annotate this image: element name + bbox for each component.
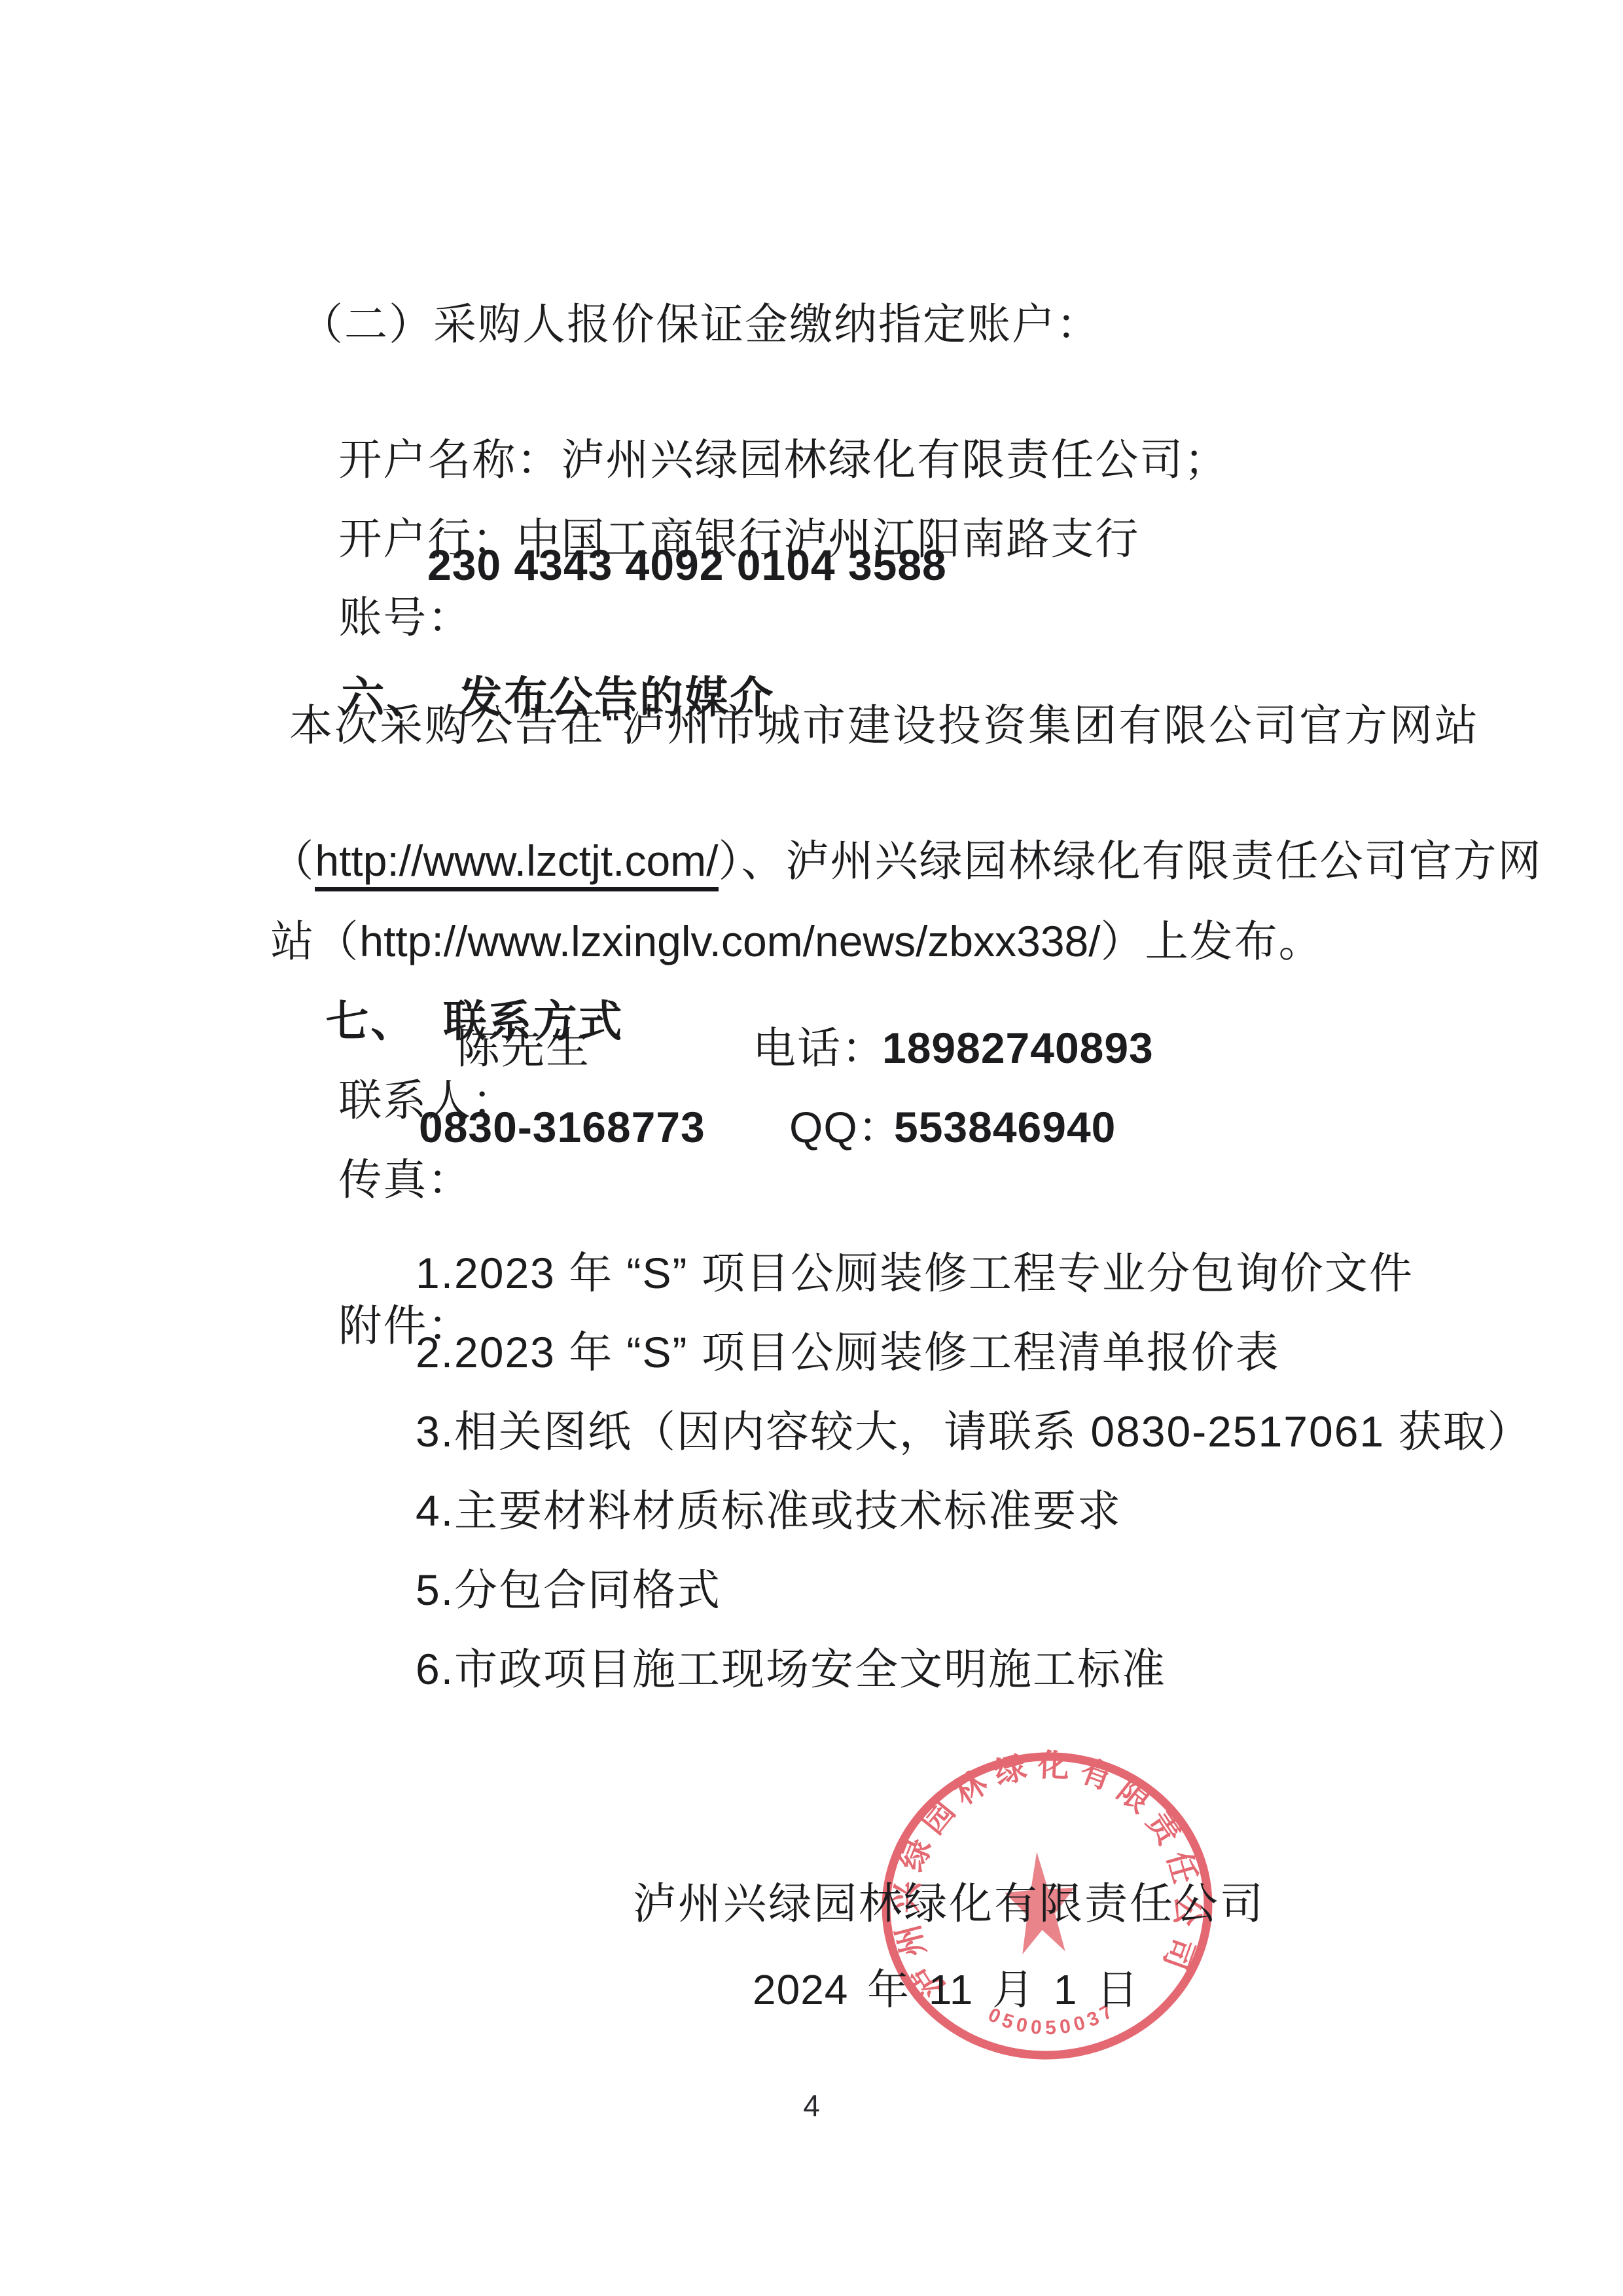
subsection-heading: （二）采购人报价保证金缴纳指定账户： — [300, 298, 1101, 350]
line3-suffix: ）上发布。 — [1101, 917, 1323, 965]
media-paragraph-line1: 本次采购公告在“泸州市城市建设投资集团有限公司官方网站 — [289, 699, 1480, 751]
attachment-item: 6.市政项目施工现场安全文明施工标准 — [416, 1643, 1166, 1695]
qq-label: QQ： — [789, 1101, 902, 1153]
signature-date: 2024 年 11 月 1 日 — [753, 1964, 1139, 2016]
phone-label: 电话： — [753, 1022, 886, 1074]
page-number: 4 — [0, 2088, 1623, 2123]
qq-value: 553846940 — [894, 1101, 1116, 1153]
fax-value: 0830-3168773 — [419, 1101, 705, 1153]
person-name: 陈先生 — [457, 1022, 590, 1074]
attachment-item: 1.2023 年 “S” 项目公厕装修工程专业分包询价文件 — [416, 1247, 1414, 1299]
attachment-item: 4.主要材料材质标准或技术标准要求 — [416, 1484, 1122, 1537]
phone-value: 18982740893 — [882, 1022, 1154, 1074]
account-number-value: 230 4343 4092 0104 3588 — [427, 539, 947, 591]
section-heading-media: 六、发布公告的媒介 — [285, 619, 775, 776]
attachment-item: 3.相关图纸（因内容较大，请联系 0830-2517061 获取） — [416, 1405, 1531, 1458]
document-page: （二）采购人报价保证金缴纳指定账户： 开户名称：泸州兴绿园林绿化有限责任公司； … — [0, 0, 1623, 2296]
attachment-item: 5.分包合同格式 — [416, 1564, 721, 1616]
fax-label: 传真： — [338, 1155, 472, 1204]
attachment-item: 2.2023 年 “S” 项目公厕装修工程清单报价表 — [416, 1326, 1280, 1378]
signature-company: 泸州兴绿园林绿化有限责任公司 — [633, 1877, 1265, 1929]
